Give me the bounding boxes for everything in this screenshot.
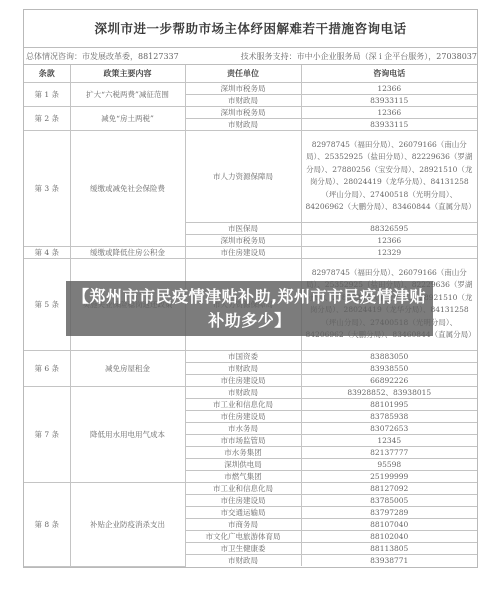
- table-row: 第 1 条 扩大“六税两费”减征范围 深圳市税务局 12366: [24, 82, 477, 94]
- clause-cell: 第 2 条: [24, 106, 70, 130]
- table-row: 第 7 条 降低用水用电用气成本 市财政局 83928852、83938015: [24, 386, 477, 398]
- phone-cell: 82137777: [301, 446, 477, 458]
- policy-cell: 扩大“六税两费”减征范围: [70, 82, 185, 106]
- unit-cell: 市住房建设局: [185, 494, 301, 506]
- phone-cell: 88102040: [301, 530, 477, 542]
- phone-cell: 83933115: [301, 94, 477, 106]
- unit-cell: 市人力资源保障局: [185, 130, 301, 222]
- unit-cell: 市燃气集团: [185, 470, 301, 482]
- phone-cell: 88113805: [301, 542, 477, 554]
- header-policy: 政策主要内容: [70, 65, 185, 82]
- table-row: 第 3 条 缓缴或减免社会保险费 市人力资源保障局 82978745（福田分局）…: [24, 130, 477, 222]
- unit-cell: 市文化广电旅游体育局: [185, 530, 301, 542]
- header-phone: 咨询电话: [301, 65, 477, 82]
- unit-cell: 深圳供电局: [185, 458, 301, 470]
- phone-cell: 12366: [301, 106, 477, 118]
- phone-cell: 82978745（福田分局）、26079166（南山分局）、25352925（盐…: [301, 130, 477, 222]
- unit-cell: 市水务局: [185, 422, 301, 434]
- table-row: 第 8 条 补贴企业防疫消杀支出 市工业和信息化局 88127092: [24, 482, 477, 494]
- table-row: 第 2 条 减免“房土两税” 深圳市税务局 12366: [24, 106, 477, 118]
- phone-cell: 83933115: [301, 118, 477, 130]
- unit-cell: 市财政局: [185, 554, 301, 566]
- policy-cell: 缓缴或降低住房公积金: [70, 246, 185, 258]
- phone-cell: 88101995: [301, 398, 477, 410]
- unit-cell: 市交通运输局: [185, 506, 301, 518]
- clause-cell: 第 8 条: [24, 482, 70, 566]
- clause-cell: 第 3 条: [24, 130, 70, 246]
- phone-cell: 66892226: [301, 374, 477, 386]
- unit-cell: 市财政局: [185, 362, 301, 374]
- policy-cell: 降低用水用电用气成本: [70, 386, 185, 482]
- phone-cell: 83883050: [301, 350, 477, 362]
- phone-cell: 12345: [301, 434, 477, 446]
- unit-cell: 市工业和信息化局: [185, 482, 301, 494]
- phone-cell: 12366: [301, 234, 477, 246]
- unit-cell: 市住房建设局: [185, 246, 301, 258]
- unit-cell: 市财政局: [185, 118, 301, 130]
- unit-cell: 市水务集团: [185, 446, 301, 458]
- unit-cell: 深圳市税务局: [185, 106, 301, 118]
- phone-cell: 83938550: [301, 362, 477, 374]
- phone-cell: 88127092: [301, 482, 477, 494]
- policy-cell: 减免“房土两税”: [70, 106, 185, 130]
- table-header-row: 条款 政策主要内容 责任单位 咨询电话: [24, 65, 477, 82]
- unit-cell: 市市场监管局: [185, 434, 301, 446]
- headline-overlay-banner: 【郑州市市民疫情津贴补助,郑州市市民疫情津贴补助多少】: [66, 281, 433, 336]
- document-title: 深圳市进一步帮助市场主体纾困解难若干措施咨询电话: [24, 10, 477, 48]
- phone-cell: 83785938: [301, 410, 477, 422]
- unit-cell: 市国资委: [185, 350, 301, 362]
- unit-cell: 市商务局: [185, 518, 301, 530]
- unit-cell: 市住房建设局: [185, 374, 301, 386]
- phone-cell: 88326595: [301, 222, 477, 234]
- phone-cell: 25199999: [301, 470, 477, 482]
- phone-cell: 83938771: [301, 554, 477, 566]
- clause-cell: 第 6 条: [24, 350, 70, 386]
- unit-cell: 市财政局: [185, 94, 301, 106]
- clause-cell: 第 7 条: [24, 386, 70, 482]
- clause-cell: 第 1 条: [24, 82, 70, 106]
- header-unit: 责任单位: [185, 65, 301, 82]
- phone-cell: 12366: [301, 82, 477, 94]
- policy-cell: 补贴企业防疫消杀支出: [70, 482, 185, 566]
- phone-cell: 83785005: [301, 494, 477, 506]
- policy-cell: 减免房屋租金: [70, 350, 185, 386]
- unit-cell: 市住房建设局: [185, 410, 301, 422]
- unit-cell: 市工业和信息化局: [185, 398, 301, 410]
- unit-cell: 市卫生健康委: [185, 542, 301, 554]
- clause-cell: 第 5 条: [24, 258, 70, 350]
- unit-cell: 市财政局: [185, 386, 301, 398]
- tech-support-text: 技术服务支持：市中小企业服务局（深 i 企平台服务），27038037: [241, 48, 477, 64]
- phone-cell: 95598: [301, 458, 477, 470]
- consult-info-line: 总体情况咨询：市发展改革委，88127337 技术服务支持：市中小企业服务局（深…: [24, 48, 477, 65]
- table-row: 第 6 条 减免房屋租金 市国资委 83883050: [24, 350, 477, 362]
- header-clause: 条款: [24, 65, 70, 82]
- clause-cell: 第 4 条: [24, 246, 70, 258]
- phone-cell: 12329: [301, 246, 477, 258]
- table-row: 第 4 条 缓缴或降低住房公积金 市住房建设局 12329: [24, 246, 477, 258]
- phone-cell: 83928852、83938015: [301, 386, 477, 398]
- general-consult-text: 总体情况咨询：市发展改革委，88127337: [26, 48, 241, 64]
- unit-cell: 深圳市税务局: [185, 82, 301, 94]
- phone-cell: 83072653: [301, 422, 477, 434]
- phone-cell: 88107040: [301, 518, 477, 530]
- policy-cell: 缓缴或减免社会保险费: [70, 130, 185, 246]
- phone-cell: 83797289: [301, 506, 477, 518]
- unit-cell: 深圳市税务局: [185, 234, 301, 246]
- unit-cell: 市医保局: [185, 222, 301, 234]
